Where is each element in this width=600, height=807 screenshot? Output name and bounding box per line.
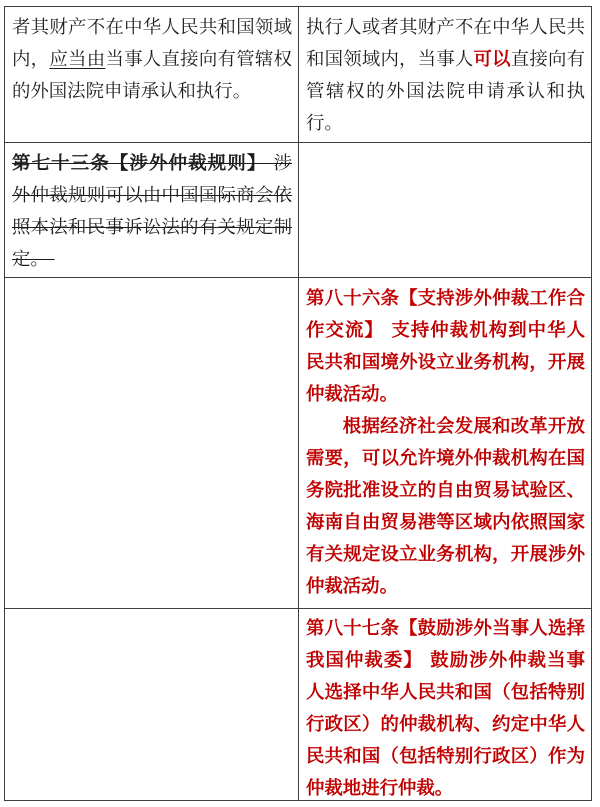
paragraph: 者其财产不在中华人民共和国领域内，应当由当事人直接向有管辖权的外国法院申请承认和… [12,12,292,108]
law-comparison-table: 者其财产不在中华人民共和国领域内，应当由当事人直接向有管辖权的外国法院申请承认和… [4,6,592,801]
cell-new-law-continuation: 执行人或者其财产不在中华人民共和国领域内，当事人可以直接向有管辖权的外国法院申请… [299,7,591,142]
cell-empty [299,143,591,277]
paragraph: 第七十三条【涉外仲裁规则】 涉外仲裁规则可以由中国国际商会依照本法和民事诉讼法的… [12,148,292,276]
struck-article-heading: 第七十三条【涉外仲裁规则】 [12,153,267,174]
table-row: 第七十三条【涉外仲裁规则】 涉外仲裁规则可以由中国国际商会依照本法和民事诉讼法的… [5,143,591,278]
underlined-text: 应当由 [49,49,105,70]
table-row: 第八十六条【支持涉外仲裁工作合作交流】 支持仲裁机构到中华人民共和国境外设立业务… [5,278,591,609]
article-text: 鼓励涉外仲裁当事人选择中华人民共和国（包括特别行政区）的仲裁机构、约定中华人民共… [306,650,585,799]
cell-article-86: 第八十六条【支持涉外仲裁工作合作交流】 支持仲裁机构到中华人民共和国境外设立业务… [299,278,591,608]
cell-article-73-deleted: 第七十三条【涉外仲裁规则】 涉外仲裁规则可以由中国国际商会依照本法和民事诉讼法的… [5,143,299,277]
article-text: 根据经济社会发展和改革开放需要，可以允许境外仲裁机构在国务院批准设立的自由贸易试… [306,416,585,597]
cell-empty [5,278,299,608]
cell-old-law-continuation: 者其财产不在中华人民共和国领域内，应当由当事人直接向有管辖权的外国法院申请承认和… [5,7,299,142]
red-inserted-text: 可以 [474,49,511,70]
table-row: 者其财产不在中华人民共和国领域内，应当由当事人直接向有管辖权的外国法院申请承认和… [5,7,591,143]
cell-article-87: 第八十七条【鼓励涉外当事人选择我国仲裁委】 鼓励涉外仲裁当事人选择中华人民共和国… [299,609,591,800]
table-row: 第八十七条【鼓励涉外当事人选择我国仲裁委】 鼓励涉外仲裁当事人选择中华人民共和国… [5,609,591,800]
paragraph: 执行人或者其财产不在中华人民共和国领域内，当事人可以直接向有管辖权的外国法院申请… [306,12,585,140]
article-paragraph-2: 根据经济社会发展和改革开放需要，可以允许境外仲裁机构在国务院批准设立的自由贸易试… [306,411,585,603]
cell-empty [5,609,299,800]
article-paragraph-1: 第八十六条【支持涉外仲裁工作合作交流】 支持仲裁机构到中华人民共和国境外设立业务… [306,283,585,411]
article-paragraph-1: 第八十七条【鼓励涉外当事人选择我国仲裁委】 鼓励涉外仲裁当事人选择中华人民共和国… [306,613,585,800]
